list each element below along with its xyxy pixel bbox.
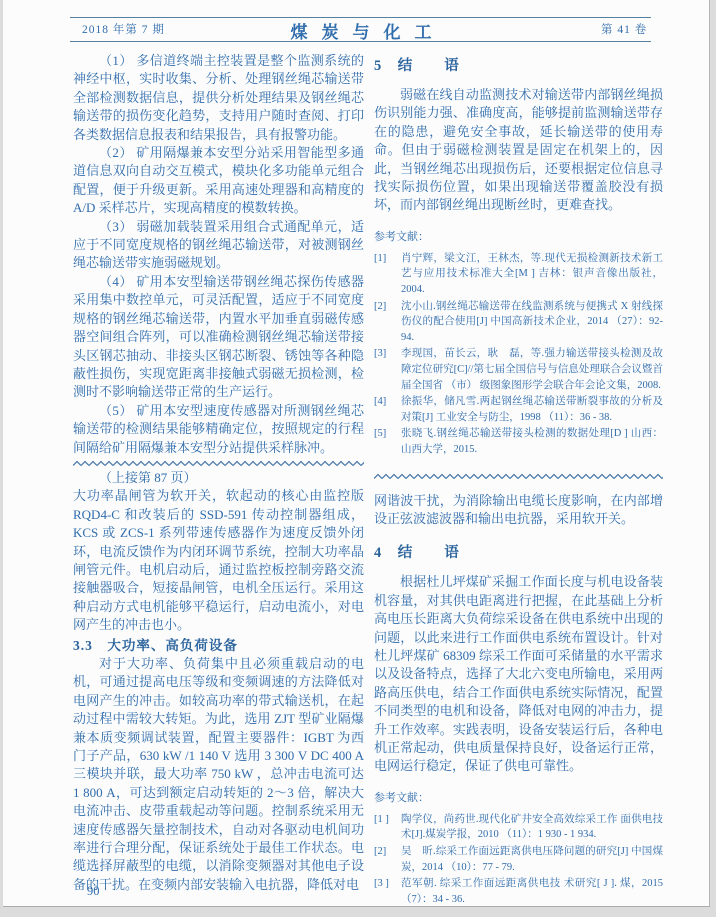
column-right: 5 结 语 弱磁在线自动监测技术对输送带内部钢丝绳损伤识别能力强、准确度高，能够…: [374, 52, 663, 908]
reference-item: [1] 肖宁辉，梁文江，王林杰，等.现代无损检测新技术新工艺与应用技术标准大全[…: [374, 251, 663, 298]
reference-text: 吴 昕.综采工作面远距离供电压降问题的研究[J] 中国煤炭，2014 （10）：…: [401, 846, 663, 873]
continuation-paragraph: 大功率晶闸管为软开关，软起动的核心由监控版 RQD4-C 和改装后的 SSD-5…: [73, 487, 364, 634]
reference-label: [3 ]: [374, 876, 389, 892]
reference-text: 沈小山.钢丝绳芯输送带在线监测系统与便携式 X 射线探伤仪的配合使用[J] 中国…: [401, 301, 663, 343]
continuation-paragraph: 网谐波干扰，为消除输出电缆长度影响，在内部增设正弦波滤波器和输出电抗器，采用软开…: [374, 492, 663, 529]
reference-list-1: [1] 肖宁辉，梁文江，王林杰，等.现代无损检测新技术新工艺与应用技术标准大全[…: [374, 251, 663, 458]
reference-text: 李现国，苗长云，耿 磊，等.强力输送带接头检测及故障定位研究[C]//第七届全国…: [401, 348, 663, 390]
reference-text: 范军朝. 综采工作面远距离供电技 术研究[ J ]. 煤，2015 （7）：34…: [401, 878, 663, 905]
reference-item: [3] 李现国，苗长云，耿 磊，等.强力输送带接头检测及故障定位研究[C]//第…: [374, 346, 663, 393]
zigzag-divider: [73, 460, 364, 467]
reference-item: [3 ] 范军朝. 综采工作面远距离供电技 术研究[ J ]. 煤，2015 （…: [374, 876, 663, 907]
numbered-item-4: （4） 矿用本安型输送带钢丝绳芯探伤传感器采用集中数控单元，可灵活配置，适应于不…: [73, 273, 364, 402]
zigzag-divider: [374, 473, 663, 480]
references-heading-2: 参考文献：: [374, 789, 663, 805]
page-number: 90: [87, 884, 100, 899]
reference-label: [1 ]: [374, 812, 389, 828]
reference-label: [5]: [374, 426, 386, 442]
reference-item: [4] 徐振华，储凡雪.两起钢丝绳芯输送带断裂事故的分析及对策[J] 工业安全与…: [374, 394, 663, 425]
header-volume-label: 第 41 卷: [601, 21, 647, 37]
section-heading-4: 4 结 语: [374, 543, 663, 563]
references-heading-1: 参考文献：: [374, 228, 663, 244]
conclusion-5-paragraph: 弱磁在线自动监测技术对输送带内部钢丝绳损伤识别能力强、准确度高，能够提前监测输送…: [374, 86, 663, 215]
reference-label: [2]: [374, 844, 386, 860]
reference-item: [2] 沈小山.钢丝绳芯输送带在线监测系统与便携式 X 射线探伤仪的配合使用[J…: [374, 299, 663, 346]
reference-list-2: [1 ] 陶学仪，尚药世.现代化矿井安全高效综采工作 面供电技术[J].煤炭学报…: [374, 812, 663, 908]
section-paragraph-3-3: 对于大功率、负荷集中且必须重载启动的电机，可通过提高电压等级和变频调速的方法降低…: [73, 655, 364, 894]
numbered-item-3: （3） 弱磁加载装置采用组合式通配单元，适应于不同宽度规格的钢丝绳芯输送带，对被…: [73, 218, 364, 273]
reference-text: 陶学仪，尚药世.现代化矿井安全高效综采工作 面供电技术[J].煤炭学报，2010…: [401, 814, 663, 841]
numbered-item-1: （1） 多信道终端主控装置是整个监测系统的神经中枢，实时收集、分析、处理钢丝绳芯…: [73, 52, 364, 144]
reference-label: [1]: [374, 251, 386, 267]
continued-from-note: （上接第 87 页）: [73, 469, 364, 487]
reference-label: [2]: [374, 299, 386, 315]
numbered-item-2: （2） 矿用隔爆兼本安型分站采用智能型多通道信息双向自动交互模式，模块化多功能单…: [73, 144, 364, 218]
numbered-item-5: （5） 矿用本安型速度传感器对所测钢丝绳芯输送带的检测结果能够精确定位，按照规定…: [73, 402, 364, 457]
column-left: （1） 多信道终端主控装置是整个监测系统的神经中枢，实时收集、分析、处理钢丝绳芯…: [73, 52, 364, 894]
reference-item: [1 ] 陶学仪，尚药世.现代化矿井安全高效综采工作 面供电技术[J].煤炭学报…: [374, 812, 663, 843]
reference-label: [4]: [374, 394, 386, 410]
reference-label: [3]: [374, 346, 386, 362]
section-heading-3-3: 3.3 大功率、高负荷设备: [73, 637, 364, 655]
header-rule-bottom: [70, 41, 651, 42]
section-heading-5: 5 结 语: [374, 56, 663, 76]
conclusion-4-paragraph: 根据杜儿坪煤矿采掘工作面长度与机电设备装机容量，对其供电距离进行把握，在此基础上…: [374, 573, 663, 775]
reference-item: [2] 吴 昕.综采工作面远距离供电压降问题的研究[J] 中国煤炭，2014 （…: [374, 844, 663, 875]
reference-text: 张晓飞.钢丝绳芯输送带接头检测的数据处理[D ] 山西：山西大学，2015.: [401, 428, 663, 455]
page-sheet: 2018 年第 7 期 煤炭与化工 第 41 卷 （1） 多信道终端主控装置是整…: [3, 0, 710, 907]
reference-text: 徐振华，储凡雪.两起钢丝绳芯输送带断裂事故的分析及对策[J] 工业安全与防尘，1…: [401, 396, 663, 423]
reference-text: 肖宁辉，梁文江，王林杰，等.现代无损检测新技术新工艺与应用技术标准大全[M ] …: [401, 253, 663, 295]
reference-item: [5] 张晓飞.钢丝绳芯输送带接头检测的数据处理[D ] 山西：山西大学，201…: [374, 426, 663, 457]
